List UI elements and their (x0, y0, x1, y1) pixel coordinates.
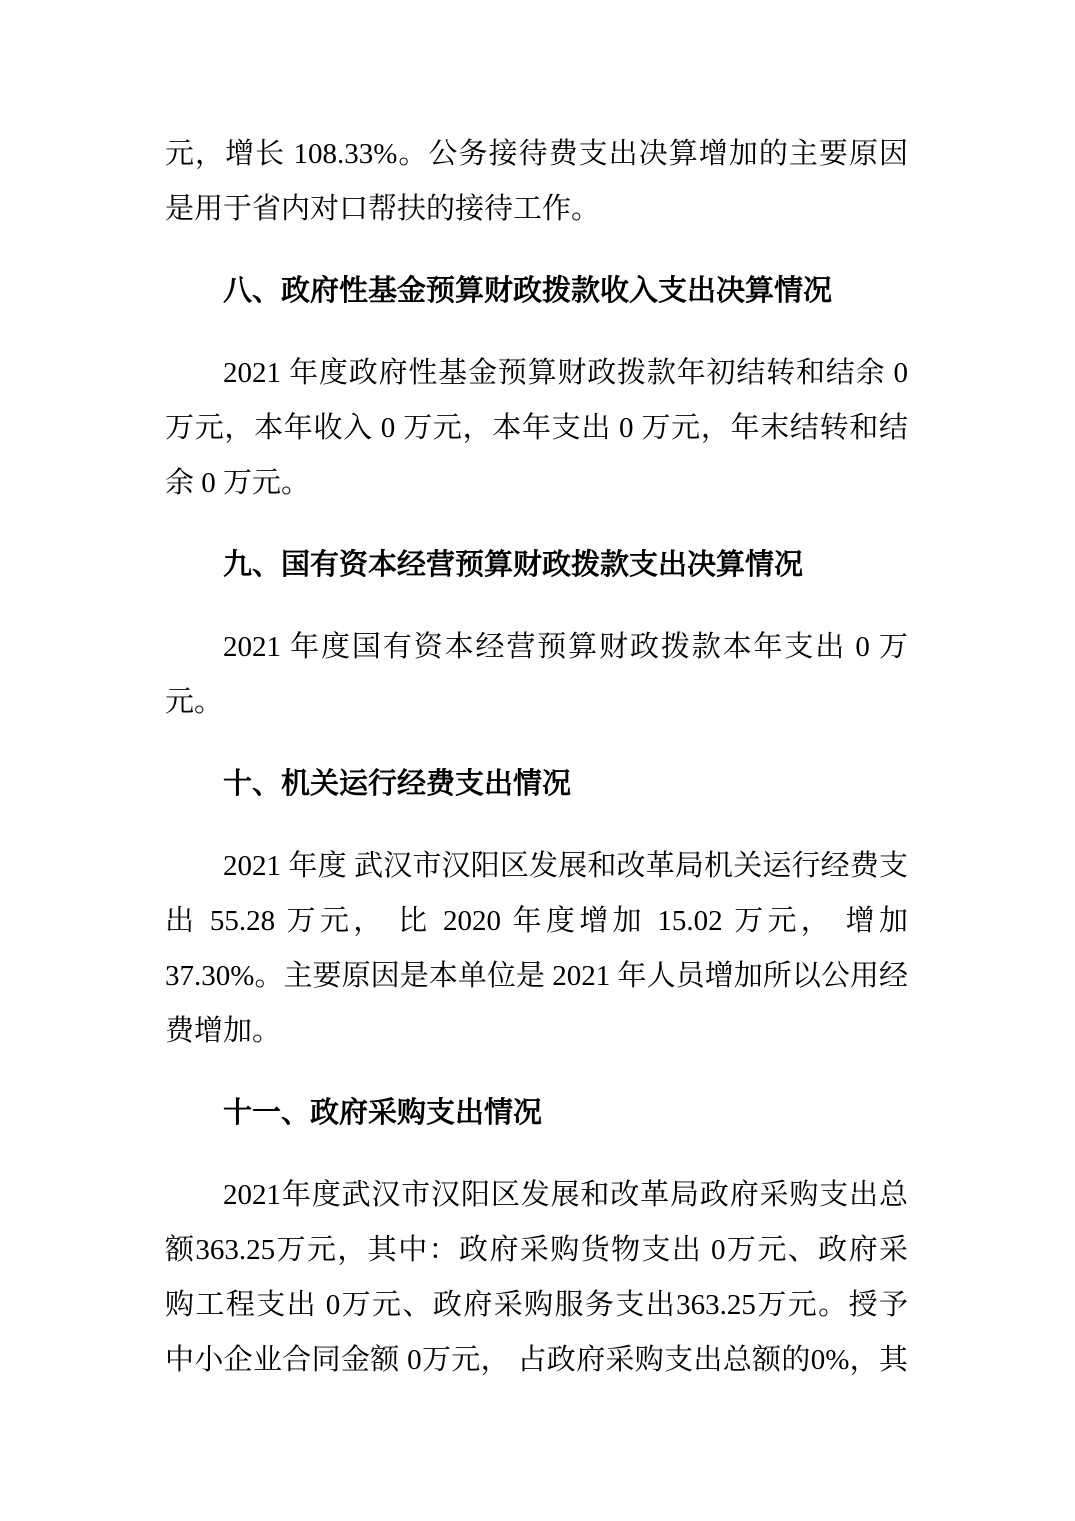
text-line: 2021 年度政府性基金预算财政拨款年初结转和结余 0 (165, 346, 908, 401)
text-line: 元。 (165, 675, 908, 730)
text-line: 中小企业合同金额 0万元， 占政府采购支出总额的0%，其 (165, 1333, 908, 1388)
document-page: 元，增长 108.33%。公务接待费支出决算增加的主要原因是用于省内对口帮扶的接… (0, 0, 1075, 1521)
paragraph: 2021 年度国有资本经营预算财政拨款本年支出 0 万元。 (165, 620, 908, 730)
text-line: 37.30%。主要原因是本单位是 2021 年人员增加所以公用经 (165, 949, 908, 1004)
document-content: 元，增长 108.33%。公务接待费支出决算增加的主要原因是用于省内对口帮扶的接… (165, 127, 908, 1388)
text-line: 费增加。 (165, 1004, 908, 1059)
paragraph: 2021 年度政府性基金预算财政拨款年初结转和结余 0万元，本年收入 0 万元，… (165, 346, 908, 511)
text-line: 2021 年度国有资本经营预算财政拨款本年支出 0 万 (165, 620, 908, 675)
text-line: 余 0 万元。 (165, 456, 908, 511)
paragraph: 2021年度武汉市汉阳区发展和改革局政府采购支出总额363.25万元，其中：政府… (165, 1168, 908, 1388)
text-line: 2021 年度 武汉市汉阳区发展和改革局机关运行经费支 (165, 839, 908, 894)
section-heading: 九、国有资本经营预算财政拨款支出决算情况 (165, 538, 908, 593)
paragraph: 2021 年度 武汉市汉阳区发展和改革局机关运行经费支出 55.28 万元， 比… (165, 839, 908, 1059)
text-line: 额363.25万元，其中：政府采购货物支出 0万元、政府采 (165, 1223, 908, 1278)
text-line: 2021年度武汉市汉阳区发展和改革局政府采购支出总 (165, 1168, 908, 1223)
text-line: 元，增长 108.33%。公务接待费支出决算增加的主要原因 (165, 127, 908, 182)
paragraph: 元，增长 108.33%。公务接待费支出决算增加的主要原因是用于省内对口帮扶的接… (165, 127, 908, 237)
text-line: 万元，本年收入 0 万元，本年支出 0 万元，年末结转和结 (165, 401, 908, 456)
section-heading: 十、机关运行经费支出情况 (165, 757, 908, 812)
text-line: 出 55.28 万元， 比 2020 年度增加 15.02 万元， 增加 (165, 894, 908, 949)
section-heading: 八、政府性基金预算财政拨款收入支出决算情况 (165, 264, 908, 319)
text-line: 购工程支出 0万元、政府采购服务支出363.25万元。授予 (165, 1278, 908, 1333)
text-line: 是用于省内对口帮扶的接待工作。 (165, 182, 908, 237)
section-heading: 十一、政府采购支出情况 (165, 1086, 908, 1141)
